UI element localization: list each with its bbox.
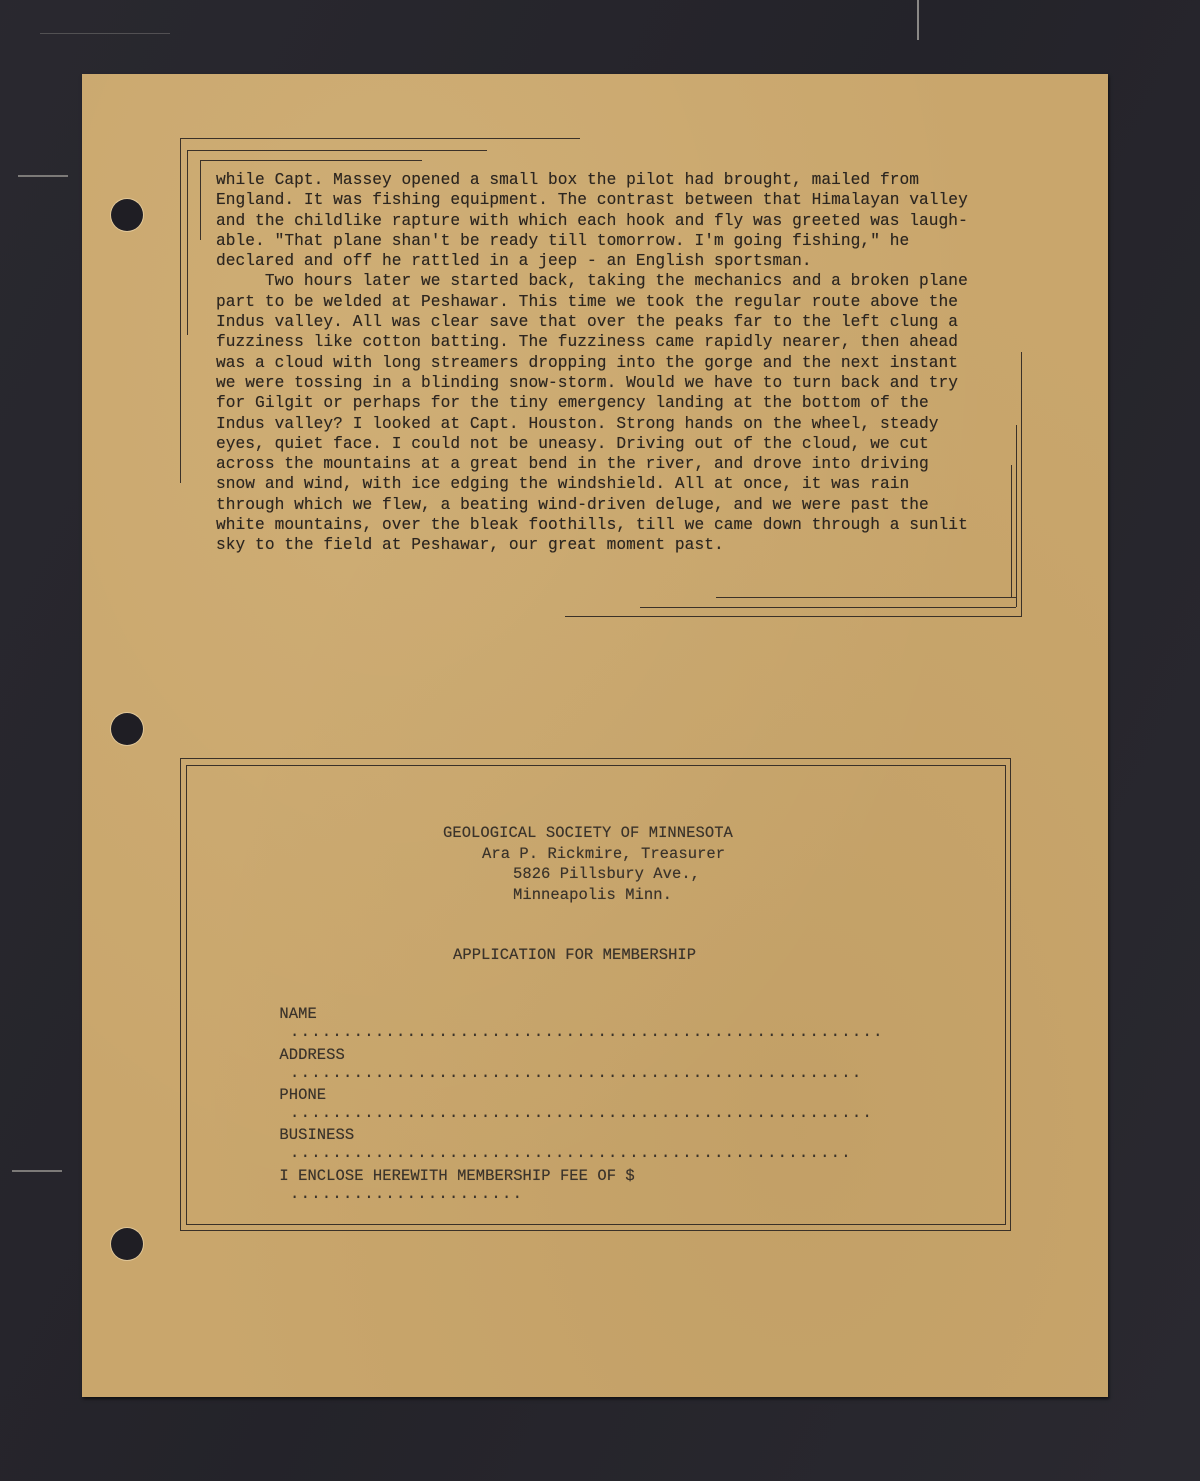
story-line: eyes, quiet face. I could not be uneasy.…	[216, 434, 1006, 454]
business-label: BUSINESS	[279, 1126, 354, 1144]
phone-label: PHONE	[279, 1086, 326, 1104]
backing-tick-mark	[12, 1170, 62, 1172]
story-line: Two hours later we started back, taking …	[216, 271, 1006, 291]
story-line: for Gilgit or perhaps for the tiny emerg…	[216, 393, 1006, 413]
story-line: sky to the field at Peshawar, our great …	[216, 535, 1006, 555]
backing-vertical-mark	[917, 0, 919, 40]
story-line: we were tossing in a blinding snow-storm…	[216, 373, 1006, 393]
story-line: Indus valley? I looked at Capt. Houston.…	[216, 414, 1006, 434]
backing-edge-mark	[40, 33, 170, 34]
story-line: through which we flew, a beating wind-dr…	[216, 495, 1006, 515]
story-line: and the childlike rapture with which eac…	[216, 211, 1006, 231]
story-line: part to be welded at Peshawar. This time…	[216, 292, 1006, 312]
org-name: GEOLOGICAL SOCIETY OF MINNESOTA	[443, 824, 733, 842]
binder-hole	[111, 199, 143, 231]
story-line: declared and off he rattled in a jeep - …	[216, 251, 1006, 271]
story-line: while Capt. Massey opened a small box th…	[216, 170, 1006, 190]
treasurer-name: Ara P. Rickmire, Treasurer	[482, 845, 725, 863]
binder-hole	[111, 1228, 143, 1260]
story-line: able. "That plane shan't be ready till t…	[216, 231, 1006, 251]
city: Minneapolis Minn.	[513, 886, 672, 904]
story-line: was a cloud with long streamers dropping…	[216, 353, 1006, 373]
story-line: snow and wind, with ice edging the winds…	[216, 474, 1006, 494]
address-label: ADDRESS	[279, 1046, 344, 1064]
story-line: across the mountains at a great bend in …	[216, 454, 1006, 474]
membership-fee-label: I ENCLOSE HEREWITH MEMBERSHIP FEE OF $	[279, 1167, 634, 1185]
story-line: fuzziness like cotton batting. The fuzzi…	[216, 332, 1006, 352]
story-text: while Capt. Massey opened a small box th…	[216, 170, 1006, 556]
name-label: NAME	[279, 1005, 316, 1023]
membership-fee-field[interactable]: I ENCLOSE HEREWITH MEMBERSHIP FEE OF $ .…	[242, 1149, 635, 1221]
story-line: England. It was fishing equipment. The c…	[216, 190, 1006, 210]
story-line: white mountains, over the bleak foothill…	[216, 515, 1006, 535]
fill-in-dots: ......................	[279, 1185, 523, 1203]
form-title: APPLICATION FOR MEMBERSHIP	[453, 946, 696, 964]
backing-tick-mark	[18, 175, 68, 177]
story-line: Indus valley. All was clear save that ov…	[216, 312, 1006, 332]
street-address: 5826 Pillsbury Ave.,	[513, 865, 700, 883]
binder-hole	[111, 713, 143, 745]
